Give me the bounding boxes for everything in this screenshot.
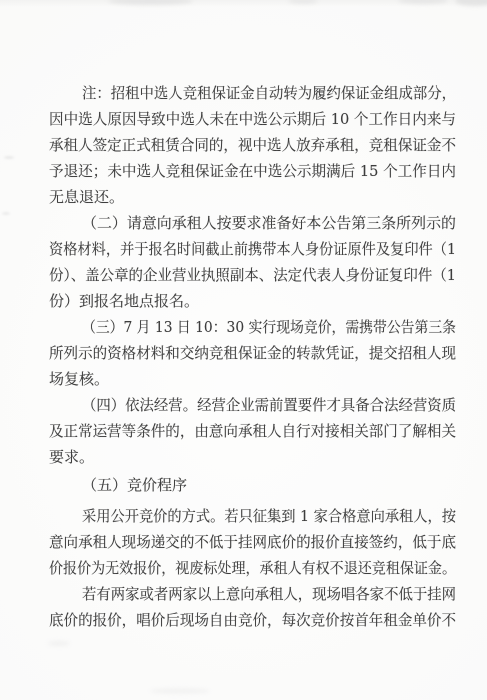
text-line: 所列示的资格材料和交纳竞租保证金的转款凭证，提交招租人现 xyxy=(49,340,456,366)
paragraph-bidding-procedure-multiple-bidders: 若有两家或者两家以上意向承租人，现场唱各家不低于挂网底价的报价，唱价后现场自由竞… xyxy=(49,581,456,633)
text-line-content: 所列示的资格材料和交纳竞租保证金的转款凭证，提交招租人现 xyxy=(49,340,456,366)
text-line-content: 份）、盖公章的企业营业执照副本、法定代表人身份证复印件（1 xyxy=(49,262,456,288)
scan-smudge xyxy=(4,156,14,159)
text-line: 采用公开竞价的方式。若只征集到 1 家合格意向承租人，按 xyxy=(49,503,456,529)
text-line-content: （四）依法经营。经营企业需前置要件才具备合法经营资质 xyxy=(82,392,456,418)
text-line-content: 无息退还。 xyxy=(49,184,124,210)
paragraph-item-3-onsite-bidding-time: （三）7 月 13 日 10：30 实行现场竞价，需携带公告第三条所列示的资格材… xyxy=(49,314,456,392)
paragraph-item-5-bidding-procedure-heading: （五）竞价程序 xyxy=(49,472,456,498)
text-line: 底价的报价，唱价后现场自由竞价，每次竞价按首年租金单价不 xyxy=(49,607,456,633)
text-line: 场复核。 xyxy=(49,366,456,392)
text-line: 份）、盖公章的企业营业执照副本、法定代表人身份证复印件（1 xyxy=(49,262,456,288)
scan-smudge xyxy=(48,641,70,646)
paragraph-item-4-lawful-operation: （四）依法经营。经营企业需前置要件才具备合法经营资质及正常运营等条件的，由意向承… xyxy=(49,392,456,470)
text-line: 资格材料，并于报名时间截止前携带本人身份证原件及复印件（1 xyxy=(49,236,456,262)
text-line: 因中选人原因导致中选人未在中选公示期后 10 个工作日内来与 xyxy=(49,106,456,132)
text-line: 份）到报名地点报名。 xyxy=(49,288,456,314)
text-line-content: 要求。 xyxy=(49,444,94,470)
text-line-content: 若有两家或者两家以上意向承租人，现场唱各家不低于挂网 xyxy=(82,581,456,607)
text-line-content: 及正常运营等条件的，由意向承租人自行对接相关部门了解相关 xyxy=(49,418,456,444)
text-line: 要求。 xyxy=(49,444,456,470)
scan-smudge xyxy=(2,212,10,215)
text-line: （三）7 月 13 日 10：30 实行现场竞价，需携带公告第三条 xyxy=(49,314,456,340)
text-line: 予退还；未中选人竞租保证金在中选公示期满后 15 个工作日内 xyxy=(49,158,456,184)
paragraph-bidding-procedure-single-bidder: 采用公开竞价的方式。若只征集到 1 家合格意向承租人，按意向承租人现场递交的不低… xyxy=(49,503,456,581)
scan-smudge xyxy=(150,688,210,694)
paragraph-deposit-note: 注：招租中选人竞租保证金自动转为履约保证金组成部分，因中选人原因导致中选人未在中… xyxy=(49,80,456,210)
text-line-content: 因中选人原因导致中选人未在中选公示期后 10 个工作日内来与 xyxy=(49,106,456,132)
text-line: 无息退还。 xyxy=(49,184,456,210)
text-line-content: 承租人签定正式租赁合同的，视中选人放弃承租，竞租保证金不 xyxy=(49,132,456,158)
text-line: （五）竞价程序 xyxy=(49,472,456,498)
text-line-content: 采用公开竞价的方式。若只征集到 1 家合格意向承租人，按 xyxy=(82,503,456,529)
document-page: 注：招租中选人竞租保证金自动转为履约保证金组成部分，因中选人原因导致中选人未在中… xyxy=(0,0,487,700)
text-line-content: 予退还；未中选人竞租保证金在中选公示期满后 15 个工作日内 xyxy=(49,158,456,184)
text-line-content: 意向承租人现场递交的不低于挂网底价的报价直接签约，低于底 xyxy=(49,529,456,555)
text-line-content: 价报价为无效报价，视废标处理，承租人有权不退还竞租保证金。 xyxy=(49,555,456,581)
text-line-content: （五）竞价程序 xyxy=(82,472,187,498)
text-line: 注：招租中选人竞租保证金自动转为履约保证金组成部分， xyxy=(49,80,456,106)
text-line-content: 场复核。 xyxy=(49,366,109,392)
document-body: 注：招租中选人竞租保证金自动转为履约保证金组成部分，因中选人原因导致中选人未在中… xyxy=(49,80,456,633)
text-line-content: 资格材料，并于报名时间截止前携带本人身份证原件及复印件（1 xyxy=(49,236,456,262)
text-line-content: （二）请意向承租人按要求准备好本公告第三条所列示的 xyxy=(82,210,456,236)
text-line: （四）依法经营。经营企业需前置要件才具备合法经营资质 xyxy=(49,392,456,418)
text-line: 若有两家或者两家以上意向承租人，现场唱各家不低于挂网 xyxy=(49,581,456,607)
text-line: （二）请意向承租人按要求准备好本公告第三条所列示的 xyxy=(49,210,456,236)
paragraph-item-2-registration-materials: （二）请意向承租人按要求准备好本公告第三条所列示的资格材料，并于报名时间截止前携… xyxy=(49,210,456,314)
text-line-content: （三）7 月 13 日 10：30 实行现场竞价，需携带公告第三条 xyxy=(82,314,456,340)
text-line-content: 底价的报价，唱价后现场自由竞价，每次竞价按首年租金单价不 xyxy=(49,607,456,633)
text-line: 意向承租人现场递交的不低于挂网底价的报价直接签约，低于底 xyxy=(49,529,456,555)
text-line-content: 注：招租中选人竞租保证金自动转为履约保证金组成部分， xyxy=(82,80,456,106)
text-line: 承租人签定正式租赁合同的，视中选人放弃承租，竞租保证金不 xyxy=(49,132,456,158)
text-line: 价报价为无效报价，视废标处理，承租人有权不退还竞租保证金。 xyxy=(49,555,456,581)
text-line-content: 份）到报名地点报名。 xyxy=(49,288,199,314)
text-line: 及正常运营等条件的，由意向承租人自行对接相关部门了解相关 xyxy=(49,418,456,444)
